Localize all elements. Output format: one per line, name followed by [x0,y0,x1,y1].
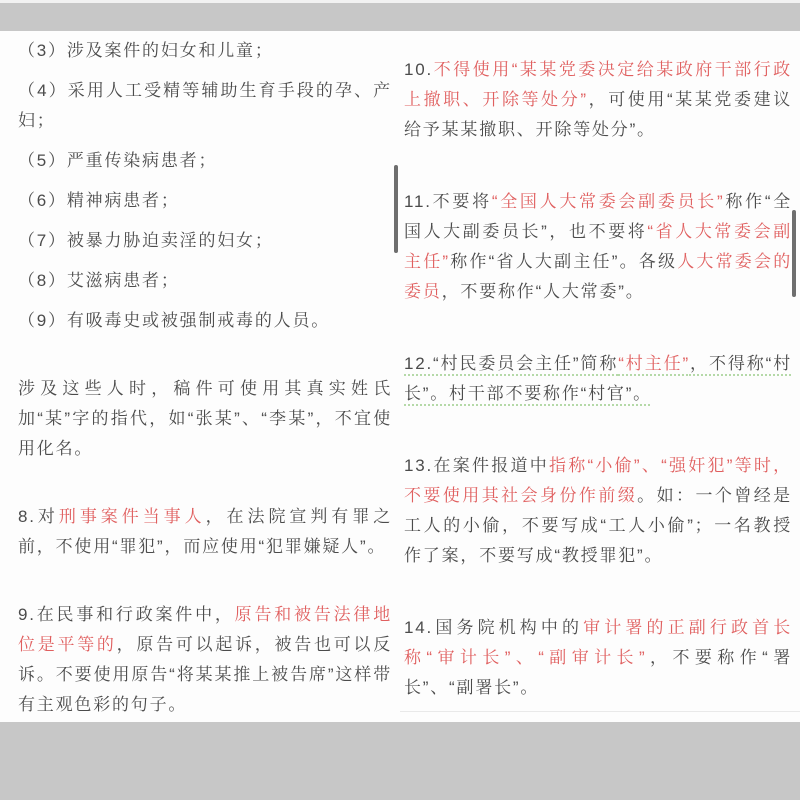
left-page-column: （3）涉及案件的妇女和儿童；（4）采用人工受精等辅助生育手段的孕、产妇；（5）严… [18,36,392,730]
bottom-gray-band [0,722,800,800]
body-text: （4）采用人工受精等辅助生育手段的孕、产妇； [18,81,392,130]
body-text: （8）艾滋病患者； [18,271,180,290]
highlight-text: “村主任” [618,354,690,373]
paragraph: （6）精神病患者； [18,186,392,216]
paragraph: 8.对刑事案件当事人，在法院宣判有罪之前，不使用“罪犯”，而应使用“犯罪嫌疑人”… [18,502,392,562]
paragraph: 13.在案件报道中指称“小偷”、“强奸犯”等时，不要使用其社会身份作前缀。如：一… [404,451,792,571]
underlined-paragraph: 12.“村民委员会主任”简称“村主任”，不得称“村长”。村干部不要称作“村官”。 [404,349,792,409]
body-text: （3）涉及案件的妇女和儿童； [18,41,274,60]
body-text: 11.不要将 [404,192,492,211]
body-text: ，不要称作“人大常委”。 [442,282,645,301]
paragraph: 9.在民事和行政案件中，原告和被告法律地位是平等的，原告可以起诉，被告也可以反诉… [18,600,392,720]
highlight-text: 刑事案件当事人 [59,507,206,526]
right-page-column: 10.不得使用“某某党委决定给某政府干部行政上撤职、开除等处分”，可使用“某某党… [404,55,792,713]
body-text: 14.国务院机构中的 [404,618,583,637]
body-text: 10. [404,60,433,79]
left-scrollbar-thumb[interactable] [394,165,398,253]
paragraph: （7）被暴力胁迫卖淫的妇女； [18,226,392,256]
body-text: 13.在案件报道中 [404,456,549,475]
body-text: 8.对 [18,507,59,526]
paragraph: （4）采用人工受精等辅助生育手段的孕、产妇； [18,76,392,136]
right-scrollbar-thumb[interactable] [792,210,796,297]
paragraph: 10.不得使用“某某党委决定给某政府干部行政上撤职、开除等处分”，可使用“某某党… [404,55,792,145]
body-text: （6）精神病患者； [18,191,180,210]
paragraph: 11.不要将“全国人大常委会副委员长”称作“全国人大副委员长”，也不要将“省人大… [404,187,792,307]
body-text: （5）严重传染病患者； [18,151,217,170]
body-text: 涉及这些人时，稿件可使用其真实姓氏加“某”字的指代，如“张某”、“李某”，不宜使… [18,379,392,458]
paragraph: （5）严重传染病患者； [18,146,392,176]
body-text: 12.“村民委员会主任”简称 [404,354,618,373]
right-page-bottom-edge [400,711,800,712]
body-text: 称作“省人大副主任”。各级 [450,252,677,271]
body-text: （9）有吸毒史或被强制戒毒的人员。 [18,311,330,330]
body-text: （7）被暴力胁迫卖淫的妇女； [18,231,274,250]
top-gray-band [0,3,800,31]
paragraph: 14.国务院机构中的审计署的正副行政首长称“审计长”、“副审计长”，不要称作“署… [404,613,792,703]
paragraph: （3）涉及案件的妇女和儿童； [18,36,392,66]
body-text: 9.在民事和行政案件中， [18,605,235,624]
paragraph: （8）艾滋病患者； [18,266,392,296]
paragraph: （9）有吸毒史或被强制戒毒的人员。 [18,306,392,336]
paragraph: 涉及这些人时，稿件可使用其真实姓氏加“某”字的指代，如“张某”、“李某”，不宜使… [18,374,392,464]
highlight-text: “全国人大常委会副委员长” [492,192,725,211]
